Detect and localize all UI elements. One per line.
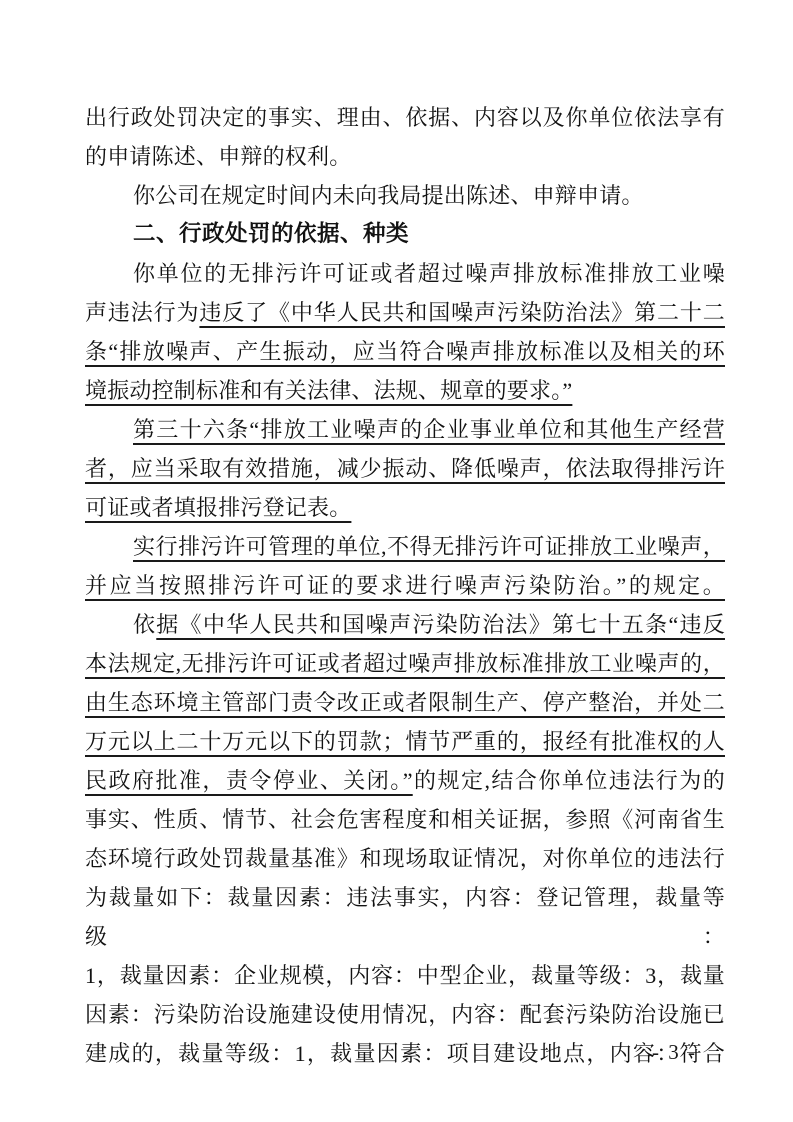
text-segment: 为裁量如下：裁量因素：违法事实，内容：登记管理，裁量等级： — [85, 885, 725, 949]
underlined-text-segment: 由生态环境主管部门责令改正或者限制生产、停产整治，并处二 — [85, 690, 725, 715]
underlined-text-segment: 违反了《中华人民共和国噪声污染防治法》第二十二 — [199, 300, 725, 325]
text-line: 本法规定,无排污许可证或者超过噪声排放标准排放工业噪声的， — [85, 644, 725, 683]
underlined-text-segment: 实行排污许可管理的单位,不得无排污许可证排放工业噪声， — [133, 534, 725, 559]
underlined-text-segment: 境振动控制标准和有关法律、法规、规章的要求。” — [85, 378, 572, 403]
text-segment: 建成的，裁量等级：1，裁量因素：项目建设地点，内容：符合 — [85, 1041, 725, 1066]
text-line: 态环境行政处罚裁量基准》和现场取证情况，对你单位的违法行 — [85, 839, 725, 878]
text-line: 建成的，裁量等级：1，裁量因素：项目建设地点，内容：符合 — [85, 1034, 725, 1073]
underlined-text-segment: 可证或者填报排污登记表。 — [85, 495, 351, 520]
text-segment: 声违法行为 — [85, 300, 199, 325]
text-line: 事实、性质、情节、社会危害程度和相关证据，参照《河南省生 — [85, 800, 725, 839]
text-line: 为裁量如下：裁量因素：违法事实，内容：登记管理，裁量等级： — [85, 878, 725, 956]
text-segment: 出行政处罚决定的事实、理由、依据、内容以及你单位依法享有 — [85, 105, 725, 130]
text-line: 声违法行为违反了《中华人民共和国噪声污染防治法》第二十二 — [85, 293, 725, 332]
text-segment: 的申请陈述、申辩的权利。 — [85, 144, 351, 169]
text-column: 出行政处罚决定的事实、理由、依据、内容以及你单位依法享有的申请陈述、申辩的权利。… — [85, 98, 725, 1073]
underlined-text-segment: 本法规定,无排污许可证或者超过噪声排放标准排放工业噪声的， — [85, 651, 725, 676]
text-line: 境振动控制标准和有关法律、法规、规章的要求。” — [85, 371, 725, 410]
text-line: 并应当按照排污许可证的要求进行噪声污染防治。”的规定。 — [85, 566, 725, 605]
text-line: 的申请陈述、申辩的权利。 — [85, 137, 725, 176]
underlined-text-segment: 并应当按照排污许可证的要求进行噪声污染防治。”的规定。 — [85, 573, 725, 598]
text-segment: 态环境行政处罚裁量基准》和现场取证情况，对你单位的违法行 — [85, 846, 725, 871]
underlined-text-segment: 万元以上二十万元以下的罚款；情节严重的，报经有批准权的人 — [85, 729, 725, 754]
underlined-text-segment: 民政府批准，责令停业、关闭。” — [85, 768, 413, 793]
text-line: 者，应当采取有效措施，减少振动、降低噪声，依法取得排污许 — [85, 449, 725, 488]
underlined-text-segment: 条“排放噪声、产生振动，应当符合噪声排放标准以及相关的环 — [85, 339, 725, 364]
text-line: 你单位的无排污许可证或者超过噪声排放标准排放工业噪 — [85, 254, 725, 293]
text-line: 1，裁量因素：企业规模，内容：中型企业，裁量等级：3，裁量 — [85, 956, 725, 995]
text-segment: 依 — [133, 612, 156, 637]
underlined-text-segment: 者，应当采取有效措施，减少振动、降低噪声，依法取得排污许 — [85, 456, 725, 481]
section-heading: 二、行政处罚的依据、种类 — [85, 215, 725, 254]
text-line: 因素：污染防治设施建设使用情况，内容：配套污染防治设施已 — [85, 995, 725, 1034]
text-segment: 你单位的无排污许可证或者超过噪声排放标准排放工业噪 — [133, 261, 725, 286]
text-line: 可证或者填报排污登记表。 — [85, 488, 725, 527]
text-segment: 因素：污染防治设施建设使用情况，内容：配套污染防治设施已 — [85, 1002, 725, 1027]
text-line: 由生态环境主管部门责令改正或者限制生产、停产整治，并处二 — [85, 683, 725, 722]
page-number: - 3 - — [652, 1040, 697, 1065]
text-segment: 的规定,结合你单位违法行为的 — [413, 768, 725, 793]
text-segment: 1，裁量因素：企业规模，内容：中型企业，裁量等级：3，裁量 — [85, 963, 725, 988]
text-line: 万元以上二十万元以下的罚款；情节严重的，报经有批准权的人 — [85, 722, 725, 761]
text-line: 条“排放噪声、产生振动，应当符合噪声排放标准以及相关的环 — [85, 332, 725, 371]
text-line: 你公司在规定时间内未向我局提出陈述、申辩申请。 — [85, 176, 725, 215]
underlined-text-segment: 第三十六条“排放工业噪声的企业事业单位和其他生产经营 — [133, 417, 725, 442]
text-segment: 你公司在规定时间内未向我局提出陈述、申辩申请。 — [133, 183, 644, 208]
text-line: 出行政处罚决定的事实、理由、依据、内容以及你单位依法享有 — [85, 98, 725, 137]
document-page: 出行政处罚决定的事实、理由、依据、内容以及你单位依法享有的申请陈述、申辩的权利。… — [0, 0, 793, 1122]
text-line: 实行排污许可管理的单位,不得无排污许可证排放工业噪声， — [85, 527, 725, 566]
text-line: 第三十六条“排放工业噪声的企业事业单位和其他生产经营 — [85, 410, 725, 449]
text-line: 民政府批准，责令停业、关闭。”的规定,结合你单位违法行为的 — [85, 761, 725, 800]
underlined-text-segment: 据《中华人民共和国噪声污染防治法》第七十五条“违反 — [156, 612, 725, 637]
text-segment: 事实、性质、情节、社会危害程度和相关证据，参照《河南省生 — [85, 807, 725, 832]
text-line: 依据《中华人民共和国噪声污染防治法》第七十五条“违反 — [85, 605, 725, 644]
text-segment: 二、行政处罚的依据、种类 — [133, 221, 409, 247]
